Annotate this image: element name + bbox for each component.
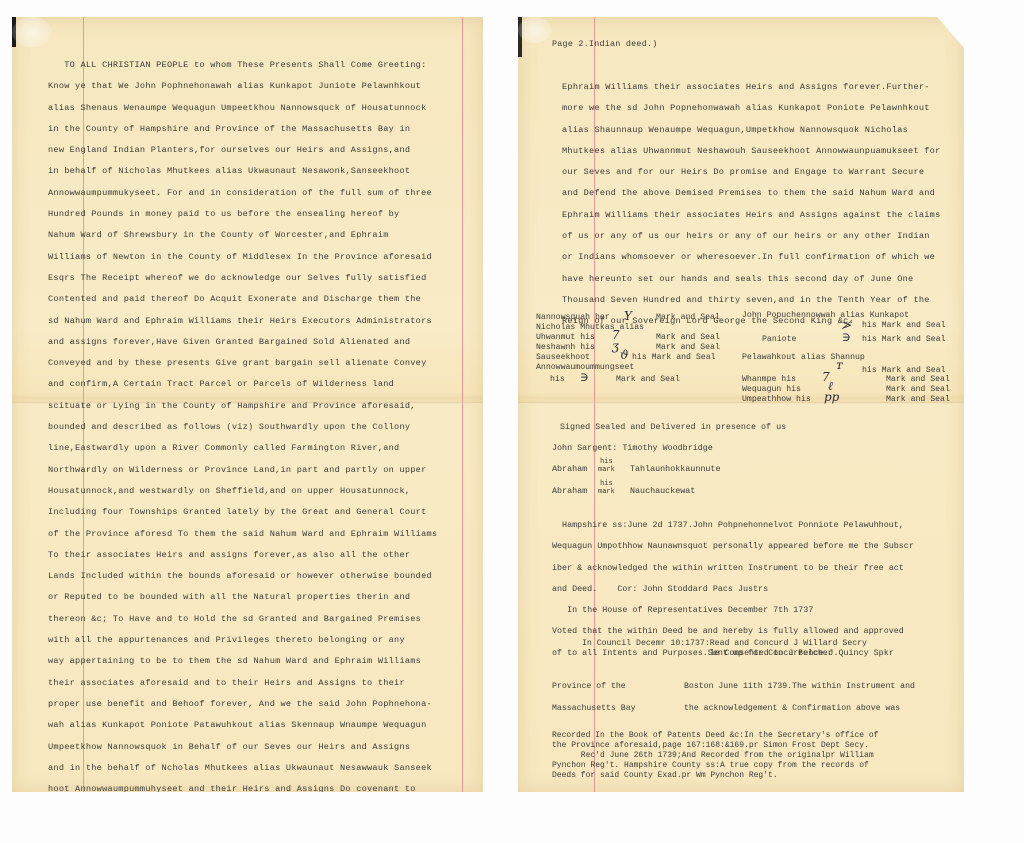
- seal-text: Mark and Seal: [886, 375, 950, 385]
- text-line: Hampshire ss:June 2d 1737.John Pohpnehon…: [552, 515, 914, 536]
- paper-tear: [518, 17, 552, 43]
- text-line: and assigns forever,Have Given Granted B…: [48, 332, 437, 353]
- signature-mark: Y: [624, 309, 632, 323]
- text-line: have hereunto set our hands and seals th…: [562, 269, 941, 290]
- text-line: Ephraim Williams their associates Heirs …: [562, 77, 941, 98]
- text-line: alias Shenaus Wenaumpe Wequagun Umpeetkh…: [48, 98, 437, 119]
- witness-names: John Sargent: Timothy Woodbridge: [552, 443, 713, 453]
- his-label: his: [598, 480, 615, 488]
- text-line: wah alias Kunkapot Poniote Patawuhkout a…: [48, 715, 437, 736]
- text-line: Know ye that We John Pophnehonawah alias…: [48, 76, 437, 97]
- mark-label: mark: [598, 488, 615, 496]
- text-line: and in the behalf of Ncholas Mhutkees al…: [48, 758, 437, 779]
- text-line: way appertaining to be to them the sd Na…: [48, 651, 437, 672]
- text-line: iber & acknowledged the within written I…: [552, 558, 914, 579]
- seal-text: Mark and Seal: [886, 395, 950, 405]
- seal-text: Mark and Seal: [616, 375, 680, 385]
- text-line: of the Province aforesd To them the said…: [48, 524, 437, 545]
- seal-text: Mark and Seal: [656, 313, 720, 323]
- signatory: Pelawahkout alias Shannup: [742, 353, 865, 363]
- witness-first-name: Abraham: [552, 464, 587, 474]
- text-line: more we the sd John Popnehonwawah alias …: [562, 98, 941, 119]
- witness-intro: Signed Sealed and Delivered in presence …: [560, 422, 786, 432]
- text-line: bounded and described as follows (viz) S…: [48, 417, 437, 438]
- witness-surname: Nauchauckewat: [630, 486, 695, 496]
- province-text: the acknowledgement & Confirmation above…: [684, 704, 900, 714]
- text-line: or Indians whomsoever or wheresoever.In …: [562, 247, 941, 268]
- text-line: Lands Included within the bounds aforesa…: [48, 566, 437, 587]
- text-line: their associates aforesaid and to their …: [48, 673, 437, 694]
- text-line: le Consented to J Belcher: [582, 649, 867, 659]
- text-line: proper use benefit and Behoof forever, A…: [48, 694, 437, 715]
- signatory: Uhwanmut his: [536, 333, 595, 343]
- witness-first-name: Abraham: [552, 486, 587, 496]
- text-line: and Defend the above Demised Premises to…: [562, 183, 941, 204]
- signatory: Paniote: [762, 335, 796, 345]
- text-line: alias Shaunnaup Wenaumpe Wequagun,Umpetk…: [562, 120, 941, 141]
- text-line: sd Nahum Ward and Ephraim Williams their…: [48, 311, 437, 332]
- seal-text: Mark and Seal: [656, 343, 720, 353]
- text-line: Contented and paid thereof Do Acquit Exo…: [48, 289, 437, 310]
- text-line: scituate or Lying in the County of Hamps…: [48, 396, 437, 417]
- text-line: In Council Decemr 10:1737:Read and Concu…: [582, 639, 867, 649]
- text-line: Mhutkees alias Uhwannmut Neshawouh Sause…: [562, 141, 941, 162]
- signature-mark: ϑ: [620, 348, 629, 362]
- signature-mark: ∋: [580, 370, 589, 384]
- text-line: Wequagun Umpothhow Naunawnsquot personal…: [552, 536, 914, 557]
- signature-mark: ʒ: [612, 339, 619, 353]
- seal-text: his Mark and Seal: [862, 321, 946, 331]
- signatory: Nannowsquah her: [536, 313, 610, 323]
- text-line: in behalf of Nicholas Mhutkees alias Ukw…: [48, 161, 437, 182]
- his-mark-annotation: his mark: [598, 480, 615, 496]
- witness-surname: Tahlaunhokkaunnute: [630, 464, 720, 474]
- text-line: To their associates Heirs and assigns fo…: [48, 545, 437, 566]
- text-line: or Reputed to be bounded with all the Na…: [48, 587, 437, 608]
- signatory: John Popuchennowwah alias Kunkapot: [742, 311, 909, 321]
- text-line: Recorded In the Book of Patents Deed &c:…: [552, 731, 878, 741]
- text-line: and confirm,A Certain Tract Parcel or Pa…: [48, 374, 437, 395]
- text-line: Northwardly on Wilderness or Province La…: [48, 460, 437, 481]
- signatory: Nicholas Mhutkas alias: [536, 323, 644, 333]
- document-scan: TO ALL CHRISTIAN PEOPLE to whom These Pr…: [0, 0, 1024, 843]
- province-text: Boston June 11th 1739.The within Instrum…: [684, 682, 915, 692]
- text-line: Including four Townships Granted lately …: [48, 502, 437, 523]
- signature-mark: pp: [824, 390, 839, 404]
- province-label: Massachusetts Bay: [552, 704, 636, 714]
- text-line: Rec'd June 26th 1739;And Recorded from t…: [552, 751, 878, 761]
- text-line: our Seves and for our Heirs Do promise a…: [562, 162, 941, 183]
- text-line: Umpeetkhow Nannowsquok in Behalf of our …: [48, 737, 437, 758]
- seal-text: his Mark and Seal: [862, 335, 946, 345]
- text-line: Housatunnock,and westwardly on Sheffield…: [48, 481, 437, 502]
- text-line: Pynchon Reg't. Hampshire County ss:A tru…: [552, 761, 878, 771]
- text-line: Conveyed and by these presents Give gran…: [48, 353, 437, 374]
- signatory: Sauseekhoot: [536, 353, 590, 363]
- text-line: the Province aforesaid,page 167:168:&169…: [552, 741, 878, 751]
- his-label: his: [598, 458, 615, 466]
- text-line: Nahum Ward of Shrewsbury in the County o…: [48, 225, 437, 246]
- page-header: Page 2.Indian deed.): [552, 39, 658, 49]
- text-line: Williams of Newton in the County of Midd…: [48, 247, 437, 268]
- his-mark-annotation: his mark: [598, 458, 615, 474]
- text-line: in the County of Hampshire and Province …: [48, 119, 437, 140]
- deed-page-2: Page 2.Indian deed.) Ephraim Williams th…: [518, 17, 964, 792]
- seal-text: Mark and Seal: [656, 333, 720, 343]
- seal-text: his Mark and Seal: [632, 353, 716, 363]
- right-margin-rule: [462, 17, 463, 792]
- text-line: TO ALL CHRISTIAN PEOPLE to whom These Pr…: [48, 55, 437, 76]
- text-line: Deeds for said County Exad.pr Wm Pynchon…: [552, 771, 878, 781]
- text-line: and Deed. Cor: John Stoddard Pacs Justrs: [552, 579, 914, 600]
- paper-tear: [12, 17, 52, 47]
- signatory: his: [550, 375, 565, 385]
- signature-mark: ᴛ: [836, 358, 843, 372]
- recording-notes: Recorded In the Book of Patents Deed &c:…: [552, 731, 878, 781]
- deed-page-1-text: TO ALL CHRISTIAN PEOPLE to whom These Pr…: [48, 55, 437, 792]
- text-line: Hundred Pounds in money paid to us befor…: [48, 204, 437, 225]
- province-label: Province of the: [552, 682, 626, 692]
- mark-label: mark: [598, 466, 615, 474]
- signature-mark: ∋: [842, 330, 851, 344]
- text-line: line,Eastwardly upon a River Commonly ca…: [48, 438, 437, 459]
- text-line: with all the appurtenances and Privilege…: [48, 630, 437, 651]
- text-line: hoot Annowwaumpummuhyseet and their Heir…: [48, 779, 437, 792]
- text-line: In the House of Representatives December…: [552, 600, 914, 621]
- seal-text: Mark and Seal: [886, 385, 950, 395]
- text-line: new England Indian Planters,for ourselve…: [48, 140, 437, 161]
- signature-block: Nannowsquah her Y Mark and Seal Nicholas…: [536, 309, 964, 419]
- text-line: Annowwaumpummukyseet. For and in conside…: [48, 183, 437, 204]
- signatory: Umpeathhow his: [742, 395, 811, 405]
- text-line: thereon &c; To Have and to Hold the sd G…: [48, 609, 437, 630]
- deed-page-2-text: Ephraim Williams their associates Heirs …: [562, 77, 941, 333]
- text-line: Ephraim Williams their associates Heirs …: [562, 205, 941, 226]
- text-line: Esqrs The Receipt whereof we do acknowle…: [48, 268, 437, 289]
- deed-page-1: TO ALL CHRISTIAN PEOPLE to whom These Pr…: [12, 17, 483, 792]
- council-approval: In Council Decemr 10:1737:Read and Concu…: [582, 639, 867, 659]
- signatory: Whanmpe his: [742, 375, 796, 385]
- signatory: Wequagun his: [742, 385, 801, 395]
- text-line: of us or any of us our heirs or any of o…: [562, 226, 941, 247]
- signatory: Neshawnh his: [536, 343, 595, 353]
